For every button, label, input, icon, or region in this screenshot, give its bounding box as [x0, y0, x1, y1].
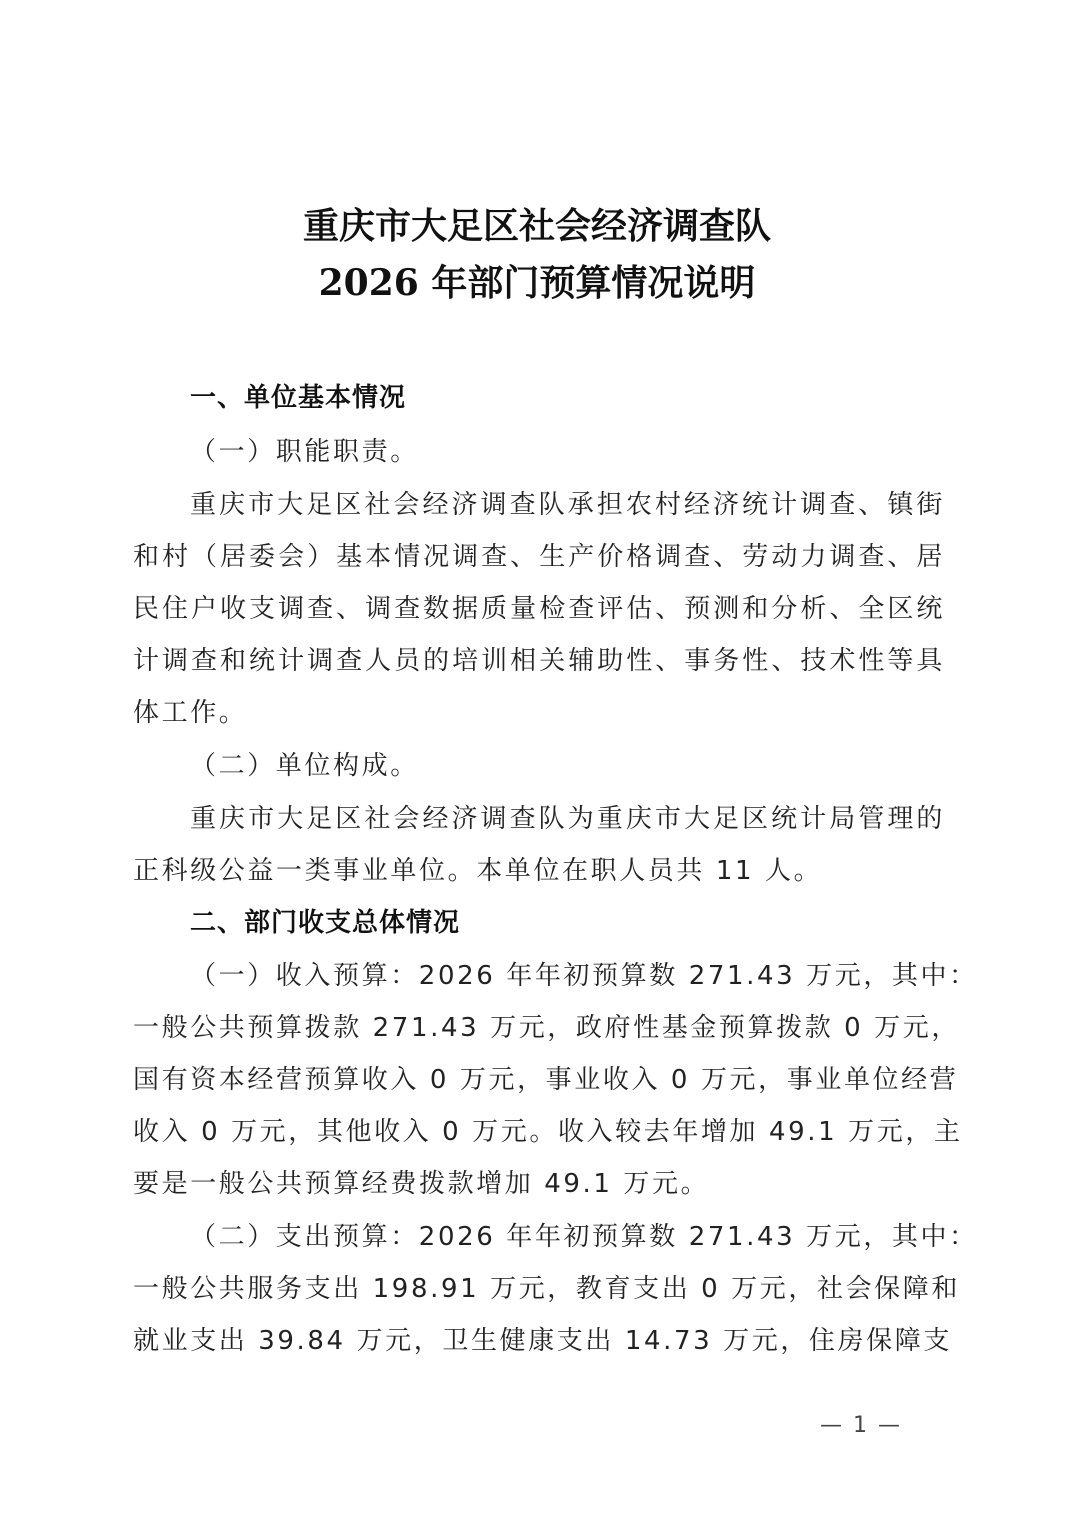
- paragraph-line: 计调查和统计调查人员的培训相关辅助性、事务性、技术性等具: [133, 640, 945, 677]
- document-page: 重庆市大足区社会经济调查队 2026 年部门预算情况说明 一、单位基本情况 （一…: [0, 0, 1074, 1520]
- income-line: （一）收入预算：2026 年年初预算数 271.43 万元，其中：: [190, 955, 945, 992]
- subsection-1-1-heading: （一）职能职责。: [190, 431, 945, 468]
- paragraph-line: 民住户收支调查、调查数据质量检查评估、预测和分析、全区统: [133, 588, 945, 625]
- income-line: 一般公共预算拨款 271.43 万元，政府性基金预算拨款 0 万元，: [133, 1007, 945, 1044]
- section-2-heading: 二、部门收支总体情况: [190, 902, 945, 939]
- paragraph-line: 重庆市大足区社会经济调查队承担农村经济统计调查、镇街: [190, 484, 945, 521]
- subsection-1-2-heading: （二）单位构成。: [190, 745, 945, 782]
- section-1-heading: 一、单位基本情况: [190, 377, 945, 414]
- document-title-line-1: 重庆市大足区社会经济调查队: [0, 198, 1074, 249]
- paragraph-line: 重庆市大足区社会经济调查队为重庆市大足区统计局管理的: [190, 798, 945, 835]
- expenditure-line: 一般公共服务支出 198.91 万元，教育支出 0 万元，社会保障和: [133, 1268, 945, 1305]
- paragraph-line: 体工作。: [133, 692, 945, 729]
- income-line: 国有资本经营预算收入 0 万元，事业收入 0 万元，事业单位经营: [133, 1059, 945, 1096]
- expenditure-line: （二）支出预算：2026 年年初预算数 271.43 万元，其中：: [190, 1216, 945, 1253]
- expenditure-line: 就业支出 39.84 万元，卫生健康支出 14.73 万元，住房保障支: [133, 1320, 945, 1357]
- paragraph-line: 和村（居委会）基本情况调查、生产价格调查、劳动力调查、居: [133, 536, 945, 573]
- income-line: 收入 0 万元，其他收入 0 万元。收入较去年增加 49.1 万元，主: [133, 1111, 945, 1148]
- document-title-line-2: 2026 年部门预算情况说明: [0, 255, 1074, 306]
- paragraph-line: 正科级公益一类事业单位。本单位在职人员共 11 人。: [133, 850, 945, 887]
- income-line: 要是一般公共预算经费拨款增加 49.1 万元。: [133, 1163, 945, 1200]
- page-number: — 1 —: [820, 1413, 902, 1438]
